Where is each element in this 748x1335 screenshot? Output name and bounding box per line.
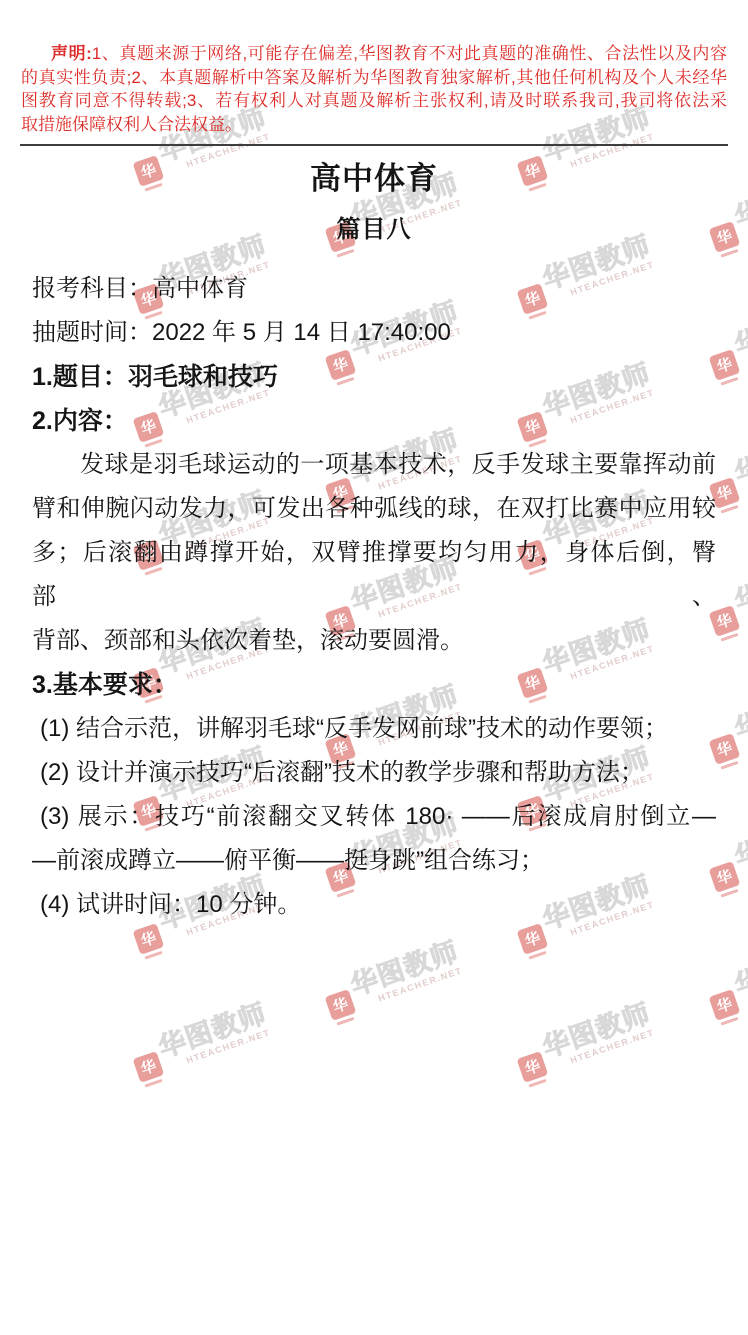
watermark-domain: HTEACHER.NET — [741, 965, 748, 1011]
page-title: 高中体育 — [0, 156, 748, 202]
draw-time-label: 抽题时间： — [32, 319, 152, 346]
watermark-text: 华图教师HTEACHER.NET — [731, 938, 748, 1010]
draw-time-line: 抽题时间：2022 年 5 月 14 日 17:40:00 — [32, 311, 716, 355]
document-body: 报考科目：高中体育 抽题时间：2022 年 5 月 14 日 17:40:00 … — [0, 250, 748, 927]
content-line: 臂和伸腕闪动发力，可发出各种弧线的球，在双打比赛中应用较 — [32, 487, 716, 531]
content-paragraph: 发球是羽毛球运动的一项基本技术，反手发球主要靠挥动前臂和伸腕闪动发力，可发出各种… — [32, 443, 716, 663]
watermark: 华华图教师HTEACHER.NET — [320, 938, 466, 1021]
watermark: 华华图教师HTEACHER.NET — [128, 1000, 274, 1083]
requirements-heading: 3.基本要求： — [32, 663, 716, 707]
watermark: 华华图教师HTEACHER.NET — [512, 1000, 658, 1083]
requirement-line: (3) 展示：技巧“前滚翻交叉转体 180· ——后滚成肩肘倒立— — [32, 795, 716, 839]
watermark-text: 华图教师HTEACHER.NET — [539, 1000, 657, 1072]
watermark-domain: HTEACHER.NET — [165, 1027, 274, 1073]
huatu-logo-icon: 华 — [133, 1051, 165, 1083]
huatu-logo-icon: 华 — [325, 989, 357, 1021]
disclaimer-line: 声明:1、真题来源于网络,可能存在偏差,华图教育不对此真题的准确性、合法性以及内… — [21, 42, 727, 66]
content-line: 发球是羽毛球运动的一项基本技术，反手发球主要靠挥动前 — [32, 443, 716, 487]
disclaimer-line: 图教育同意不得转载;3、若有权利人对真题及解析主张权利,请及时联系我司,我司将依… — [21, 89, 727, 113]
page-subtitle: 篇目八 — [0, 210, 748, 250]
requirement-line: (2) 设计并演示技巧“后滚翻”技术的教学步骤和帮助方法； — [32, 751, 716, 795]
content-line: 背部、颈部和头依次着垫，滚动要圆滑。 — [32, 619, 716, 663]
watermark: 华华图教师HTEACHER.NET — [704, 938, 748, 1021]
disclaimer: 声明:1、真题来源于网络,可能存在偏差,华图教育不对此真题的准确性、合法性以及内… — [21, 42, 727, 136]
watermark-text: 华图教师HTEACHER.NET — [347, 938, 465, 1010]
watermark-brand: 华图教师 — [347, 938, 462, 1000]
watermark-brand: 华图教师 — [155, 1000, 270, 1062]
content-line: 多；后滚翻由蹲撑开始，双臂推撑要均匀用力，身体后倒，臀部、 — [32, 531, 716, 619]
requirement-item: (3) 展示：技巧“前滚翻交叉转体 180· ——后滚成肩肘倒立——前滚成蹲立—… — [32, 795, 716, 883]
watermark-text: 华图教师HTEACHER.NET — [155, 1000, 273, 1072]
huatu-logo-icon: 华 — [517, 1051, 549, 1083]
draw-time-value: 2022 年 5 月 14 日 17:40:00 — [152, 319, 451, 346]
disclaimer-line: 的真实性负责;2、本真题解析中答案及解析为华图教育独家解析,其他任何机构及个人未… — [21, 66, 727, 90]
subject-value: 高中体育 — [152, 275, 248, 302]
requirement-line: —前滚成蹲立——俯平衡——挺身跳”组合练习； — [32, 839, 716, 883]
huatu-logo-icon: 华 — [133, 923, 165, 955]
watermark-domain: HTEACHER.NET — [549, 1027, 658, 1073]
subject-label: 报考科目： — [32, 275, 152, 302]
requirement-line: (4) 试讲时间：10 分钟。 — [32, 883, 716, 927]
divider — [20, 144, 728, 146]
requirement-line: (1) 结合示范，讲解羽毛球“反手发网前球”技术的动作要领； — [32, 707, 716, 751]
content-heading: 2.内容： — [32, 399, 716, 443]
requirement-item: (1) 结合示范，讲解羽毛球“反手发网前球”技术的动作要领； — [32, 707, 716, 751]
requirements-list: (1) 结合示范，讲解羽毛球“反手发网前球”技术的动作要领；(2) 设计并演示技… — [32, 707, 716, 927]
requirement-item: (4) 试讲时间：10 分钟。 — [32, 883, 716, 927]
watermark-brand: 华图教师 — [539, 1000, 654, 1062]
disclaimer-line: 取措施保障权利人合法权益。 — [21, 113, 727, 137]
watermark-domain: HTEACHER.NET — [357, 965, 466, 1011]
subject-line: 报考科目：高中体育 — [32, 267, 716, 311]
watermark-brand: 华图教师 — [731, 938, 748, 1000]
huatu-logo-icon: 华 — [517, 923, 549, 955]
topic-heading: 1.题目：羽毛球和技巧 — [32, 355, 716, 399]
exam-document-page: 声明:1、真题来源于网络,可能存在偏差,华图教育不对此真题的准确性、合法性以及内… — [0, 0, 748, 927]
disclaimer-lead: 声明: — [51, 44, 92, 63]
huatu-logo-icon: 华 — [709, 989, 741, 1021]
requirement-item: (2) 设计并演示技巧“后滚翻”技术的教学步骤和帮助方法； — [32, 751, 716, 795]
